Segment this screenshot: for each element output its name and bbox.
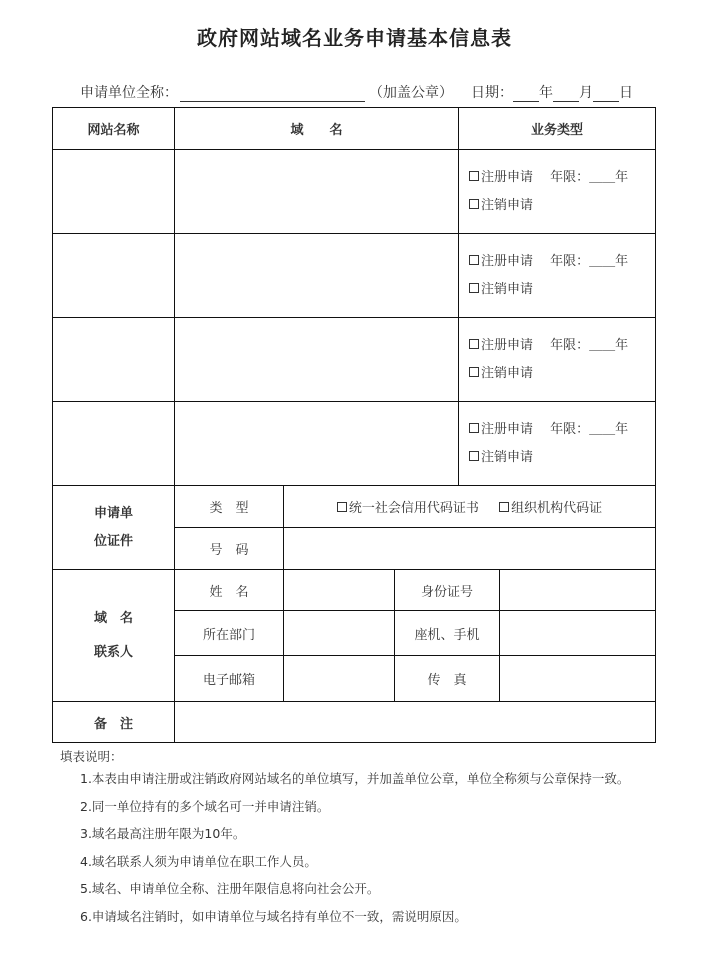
- domain-cell[interactable]: [175, 234, 459, 318]
- instructions-heading: 填表说明：: [60, 747, 629, 765]
- application-table: 网站名称 域 名 业务类型 注册申请 年限：＿＿年 注销申请 注册申请 年限：＿…: [52, 107, 656, 743]
- id-number-label: 身份证号: [395, 570, 500, 611]
- term-label: 年限：＿＿年: [550, 338, 628, 353]
- credit-code-label: 统一社会信用代码证书: [349, 501, 479, 516]
- register-label: 注册申请: [481, 254, 533, 269]
- cancel-label: 注销申请: [481, 198, 533, 213]
- name-label: 姓 名: [175, 570, 284, 611]
- contact-row: 域 名 联系人 姓 名 身份证号: [53, 570, 656, 611]
- business-type-cell: 注册申请 年限：＿＿年 注销申请: [459, 318, 656, 402]
- instruction-item: 3.域名最高注册年限为10年。: [80, 820, 629, 848]
- term-label: 年限：＿＿年: [550, 170, 628, 185]
- month-field[interactable]: [553, 87, 579, 102]
- remarks-row: 备 注: [53, 702, 656, 743]
- phone-label: 座机、手机: [395, 611, 500, 656]
- col-header-site-name: 网站名称: [53, 108, 175, 150]
- email-label: 电子邮箱: [175, 656, 284, 702]
- fax-label: 传 真: [395, 656, 500, 702]
- site-name-cell[interactable]: [53, 318, 175, 402]
- business-type-cell: 注册申请 年限：＿＿年 注销申请: [459, 150, 656, 234]
- day-field[interactable]: [593, 87, 619, 102]
- col-header-business-type: 业务类型: [459, 108, 656, 150]
- certificate-type-options: 统一社会信用代码证书 组织机构代码证: [284, 486, 656, 528]
- form-title: 政府网站域名业务申请基本信息表: [0, 22, 709, 51]
- instruction-item: 4.域名联系人须为申请单位在职工作人员。: [80, 848, 629, 876]
- year-field[interactable]: [513, 87, 539, 102]
- domain-cell[interactable]: [175, 402, 459, 486]
- credit-code-checkbox[interactable]: [337, 502, 347, 512]
- certificate-section-label: 申请单 位证件: [53, 486, 175, 570]
- unit-name-field[interactable]: [180, 87, 365, 102]
- domain-row: 注册申请 年限：＿＿年 注销申请: [53, 234, 656, 318]
- certificate-number-field[interactable]: [284, 528, 656, 570]
- applicant-line: 申请单位全称：（加盖公章）日期：年月日: [80, 82, 633, 102]
- certificate-label-line2: 位证件: [53, 528, 174, 556]
- cancel-label: 注销申请: [481, 282, 533, 297]
- cancel-checkbox[interactable]: [469, 199, 479, 209]
- instruction-item: 1.本表由申请注册或注销政府网站域名的单位填写，并加盖单位公章，单位全称须与公章…: [80, 765, 629, 793]
- business-type-cell: 注册申请 年限：＿＿年 注销申请: [459, 234, 656, 318]
- date-label: 日期：: [471, 82, 513, 102]
- register-label: 注册申请: [481, 422, 533, 437]
- instruction-item: 5.域名、申请单位全称、注册年限信息将向社会公开。: [80, 875, 629, 903]
- cancel-checkbox[interactable]: [469, 367, 479, 377]
- register-checkbox[interactable]: [469, 255, 479, 265]
- id-number-field[interactable]: [500, 570, 656, 611]
- term-label: 年限：＿＿年: [550, 254, 628, 269]
- department-field[interactable]: [284, 611, 395, 656]
- cancel-label: 注销申请: [481, 450, 533, 465]
- certificate-label-line1: 申请单: [53, 500, 174, 528]
- month-label: 月: [579, 82, 593, 102]
- contact-label-line1: 域 名: [53, 602, 174, 636]
- instruction-item: 2.同一单位持有的多个域名可一并申请注销。: [80, 793, 629, 821]
- remarks-field[interactable]: [175, 702, 656, 743]
- register-checkbox[interactable]: [469, 171, 479, 181]
- instruction-item: 6.申请域名注销时，如申请单位与域名持有单位不一致，需说明原因。: [80, 903, 629, 931]
- org-code-label: 组织机构代码证: [511, 501, 602, 516]
- domain-cell[interactable]: [175, 318, 459, 402]
- unit-label: 申请单位全称：: [80, 82, 178, 102]
- term-label: 年限：＿＿年: [550, 422, 628, 437]
- cancel-checkbox[interactable]: [469, 283, 479, 293]
- department-label: 所在部门: [175, 611, 284, 656]
- certificate-number-label: 号 码: [175, 528, 284, 570]
- remarks-label: 备 注: [53, 702, 175, 743]
- phone-field[interactable]: [500, 611, 656, 656]
- site-name-cell[interactable]: [53, 402, 175, 486]
- fax-field[interactable]: [500, 656, 656, 702]
- filling-instructions: 填表说明： 1.本表由申请注册或注销政府网站域名的单位填写，并加盖单位公章，单位…: [60, 747, 629, 930]
- site-name-cell[interactable]: [53, 234, 175, 318]
- name-field[interactable]: [284, 570, 395, 611]
- domain-row: 注册申请 年限：＿＿年 注销申请: [53, 318, 656, 402]
- register-label: 注册申请: [481, 338, 533, 353]
- register-label: 注册申请: [481, 170, 533, 185]
- cancel-label: 注销申请: [481, 366, 533, 381]
- cancel-checkbox[interactable]: [469, 451, 479, 461]
- contact-section-label: 域 名 联系人: [53, 570, 175, 702]
- domain-row: 注册申请 年限：＿＿年 注销申请: [53, 150, 656, 234]
- contact-label-line2: 联系人: [53, 636, 174, 670]
- col-header-domain: 域 名: [175, 108, 459, 150]
- site-name-cell[interactable]: [53, 150, 175, 234]
- table-header-row: 网站名称 域 名 业务类型: [53, 108, 656, 150]
- seal-note: （加盖公章）: [369, 82, 453, 102]
- org-code-checkbox[interactable]: [499, 502, 509, 512]
- day-label: 日: [619, 82, 633, 102]
- register-checkbox[interactable]: [469, 423, 479, 433]
- instructions-list: 1.本表由申请注册或注销政府网站域名的单位填写，并加盖单位公章，单位全称须与公章…: [60, 765, 629, 930]
- domain-row: 注册申请 年限：＿＿年 注销申请: [53, 402, 656, 486]
- certificate-type-label: 类 型: [175, 486, 284, 528]
- email-field[interactable]: [284, 656, 395, 702]
- certificate-type-row: 申请单 位证件 类 型 统一社会信用代码证书 组织机构代码证: [53, 486, 656, 528]
- domain-cell[interactable]: [175, 150, 459, 234]
- business-type-cell: 注册申请 年限：＿＿年 注销申请: [459, 402, 656, 486]
- year-label: 年: [539, 82, 553, 102]
- register-checkbox[interactable]: [469, 339, 479, 349]
